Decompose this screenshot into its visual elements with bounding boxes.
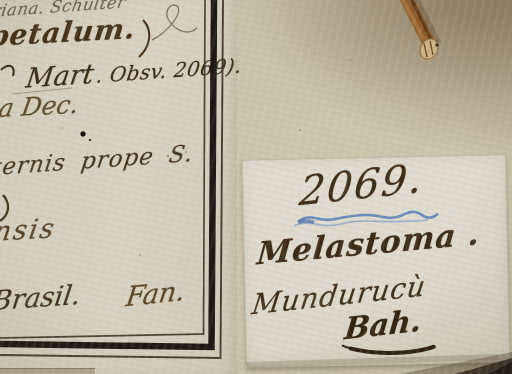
stem-cut-tip bbox=[417, 36, 442, 62]
stem-body bbox=[399, 0, 433, 44]
left-specimen-sheet: riana. Schulter petalum. Mart . Obsv. 20… bbox=[0, 0, 237, 374]
annotation-country: Brasil. bbox=[0, 280, 83, 318]
herbarium-photo: riana. Schulter petalum. Mart . Obsv. 20… bbox=[0, 0, 512, 374]
blue-pencil-underline bbox=[294, 211, 438, 226]
determination-label: 2069. Melastoma . Mundurucù Bah. bbox=[242, 154, 510, 367]
annotation-author-number: Mart . Obsv. 2069). bbox=[24, 48, 244, 94]
annotation-epithet-fragment: nsis bbox=[0, 213, 58, 248]
annotation-author: Mart bbox=[24, 59, 96, 95]
annotation-dec: la Dec. bbox=[0, 90, 81, 124]
stem-shadow bbox=[406, 0, 433, 46]
annotation-habitat: ternis prope S. bbox=[0, 141, 195, 181]
label-markings bbox=[243, 155, 509, 366]
annotation-species-name: petalum. bbox=[0, 12, 138, 53]
paper-bottom-edge bbox=[0, 368, 95, 374]
annotation-collector: Fan. bbox=[124, 276, 187, 314]
bah-underline bbox=[343, 344, 434, 354]
annotation-obs-number: . Obsv. 2069). bbox=[95, 53, 244, 87]
